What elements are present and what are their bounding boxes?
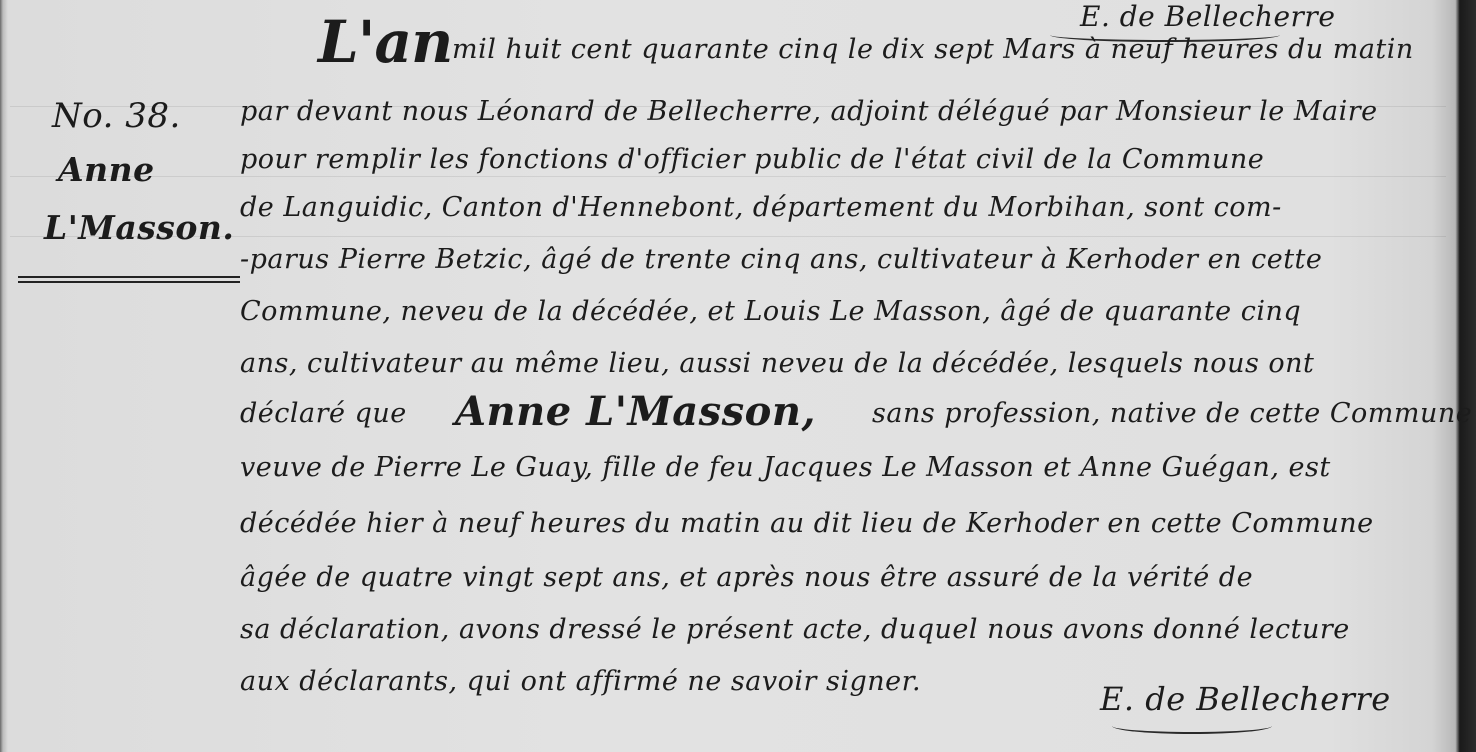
margin-double-rule bbox=[18, 276, 240, 278]
text-line-7: ans, cultivateur au même lieu, aussi nev… bbox=[240, 348, 1314, 379]
signature-flourish bbox=[1112, 718, 1272, 734]
document-scan: E. de Bellecherre No. 38. Anne L'Masson.… bbox=[0, 0, 1476, 752]
text-line-9: veuve de Pierre Le Guay, fille de feu Ja… bbox=[240, 452, 1331, 483]
text-line-8a: déclaré que bbox=[240, 398, 407, 429]
deceased-name-inline: Anne L'Masson, bbox=[455, 388, 816, 435]
ruled-line bbox=[10, 176, 1446, 177]
text-line-2: par devant nous Léonard de Bellecherre, … bbox=[240, 96, 1378, 127]
margin-double-rule bbox=[18, 281, 240, 283]
text-line-4: de Languidic, Canton d'Hennebont, départ… bbox=[240, 192, 1282, 223]
margin-first-name: Anne bbox=[58, 150, 155, 189]
entry-number: No. 38. bbox=[52, 96, 181, 136]
text-line-11: âgée de quatre vingt sept ans, et après … bbox=[240, 562, 1253, 593]
opening-word: L'an bbox=[318, 8, 452, 76]
text-line-12: sa déclaration, avons dressé le présent … bbox=[240, 614, 1350, 645]
text-line-8b: sans profession, native de cette Commune bbox=[872, 398, 1472, 429]
text-line-10: décédée hier à neuf heures du matin au d… bbox=[240, 508, 1374, 539]
margin-last-name: L'Masson. bbox=[44, 208, 234, 247]
text-line-5: -parus Pierre Betzic, âgé de trente cinq… bbox=[240, 244, 1322, 275]
text-line-6: Commune, neveu de la décédée, et Louis L… bbox=[240, 296, 1301, 327]
text-line-13: aux déclarants, qui ont affirmé ne savoi… bbox=[240, 666, 921, 697]
text-line-3: pour remplir les fonctions d'officier pu… bbox=[240, 144, 1264, 175]
text-line-1: mil huit cent quarante cinq le dix sept … bbox=[452, 34, 1414, 65]
footer-signature: E. de Bellecherre bbox=[1100, 680, 1391, 718]
